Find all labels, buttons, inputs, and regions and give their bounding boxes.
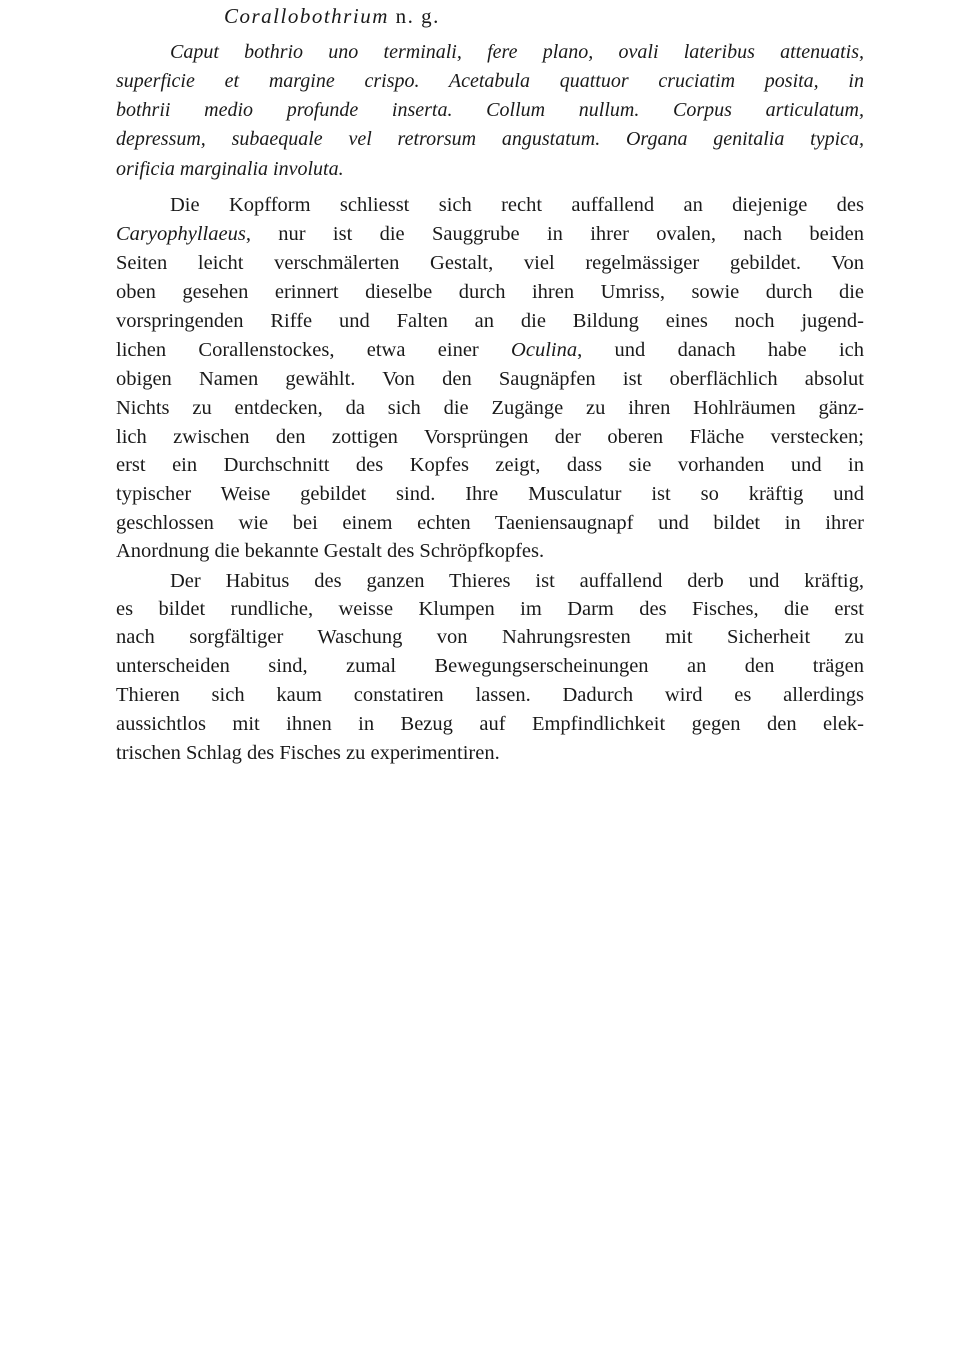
text-line: typischer Weise gebildet sind. Ihre Musc… [116,480,864,508]
text-line: obigen Namen gewählt. Von den Saugnäpfen… [116,365,864,393]
text-line: orificia marginalia involuta. [116,155,864,183]
text-line: Der Habitus des ganzen Thieres ist auffa… [170,567,864,595]
genus-heading: Corallobothrium n. g. [224,4,440,29]
text-line: nach sorgfältiger Waschung von Nahrungsr… [116,623,864,651]
text-line: es bildet rundliche, weisse Klumpen im D… [116,595,864,623]
text-line: geschlossen wie bei einem echten Taenien… [116,509,864,537]
text-line: Caryophyllaeus, nur ist die Sauggrube in… [116,220,864,248]
document-page: Corallobothrium n. g. Caput bothrio uno … [0,0,975,1350]
text-line: Anordnung die bekannte Gestalt des Schrö… [116,537,864,565]
text-line: Die Kopfform schliesst sich recht auffal… [170,191,864,219]
text-line: unterscheiden sind, zumal Bewegungsersch… [116,652,864,680]
genus-name: Corallobothrium [224,4,389,28]
text-line: erst ein Durchschnitt des Kopfes zeigt, … [116,451,864,479]
genus-suffix: n. g. [396,4,440,28]
text-line: Thieren sich kaum constatiren lassen. Da… [116,681,864,709]
text-line: Seiten leicht verschmälerten Gestalt, vi… [116,249,864,277]
text-line: trischen Schlag des Fisches zu experimen… [116,739,864,767]
text-line: depressum, subaequale vel retrorsum angu… [116,125,864,153]
text-line: oben gesehen erinnert dieselbe durch ihr… [116,278,864,306]
taxon-name: Caryophyllaeus [116,223,246,245]
text-line: Caput bothrio uno terminali, fere plano,… [170,38,864,66]
text-line: superficie et margine crispo. Acetabula … [116,67,864,95]
taxon-name: Oculina [511,339,577,361]
text-line: lich zwischen den zottigen Vorsprüngen d… [116,423,864,451]
text-line: lichen Corallenstockes, etwa einer Oculi… [116,336,864,364]
text-line: bothrii medio profunde inserta. Collum n… [116,96,864,124]
text-line: Nichts zu entdecken, da sich die Zugänge… [116,394,864,422]
text-line: vorspringenden Riffe und Falten an die B… [116,307,864,335]
text-line: aussichtlos mit ihnen in Bezug auf Empfi… [116,710,864,738]
